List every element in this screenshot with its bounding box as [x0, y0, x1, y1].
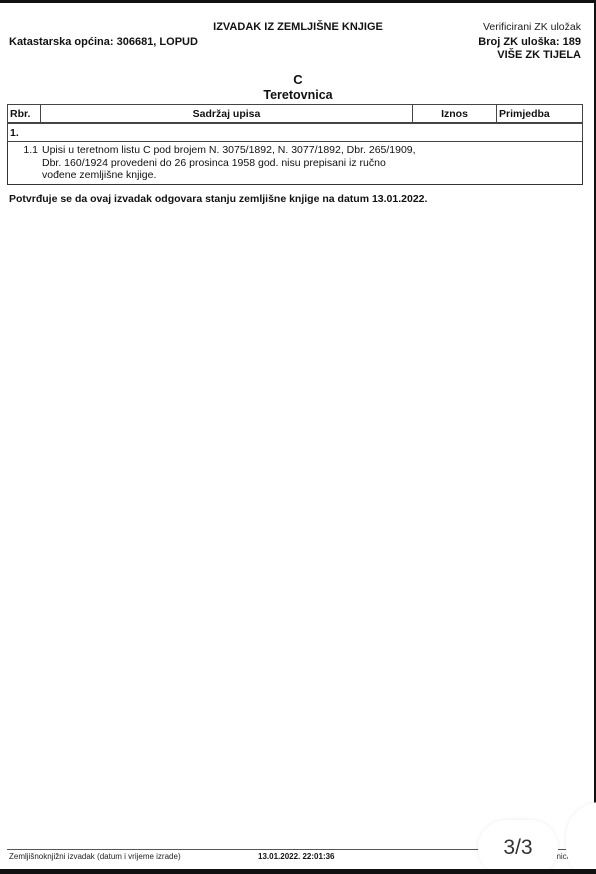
entry-line: Dbr. 160/1924 provedeni do 26 prosinca 1… — [42, 157, 422, 170]
multiple-bodies-label: VIŠE ZK TIJELA — [497, 49, 581, 61]
entry-line: Upisi u teretnom listu C pod brojem N. 3… — [42, 144, 422, 157]
screen-top-edge — [0, 0, 596, 3]
entry-content: Upisi u teretnom listu C pod brojem N. 3… — [42, 144, 422, 182]
page-indicator: 3/3 — [478, 820, 558, 874]
group-number: 1. — [8, 123, 583, 142]
column-header-rbr: Rbr. — [8, 105, 41, 124]
column-header-amount: Iznos — [413, 105, 497, 124]
table-group-row: 1. — [8, 123, 583, 142]
cadastral-municipality: Katastarska općina: 306681, LOPUD — [9, 36, 198, 48]
entry-number: 1.1 — [8, 144, 42, 182]
footer-label: Zemljišnoknjižni izvadak (datum i vrijem… — [9, 852, 181, 861]
screen-bottom-edge — [0, 869, 596, 874]
folio-number: Broj ZK uloška: 189 — [478, 36, 581, 48]
confirmation-statement: Potvrđuje se da ovaj izvadak odgovara st… — [9, 193, 427, 205]
floating-action-button[interactable] — [566, 802, 596, 874]
column-header-remark: Primjedba — [497, 105, 583, 124]
column-header-content: Sadržaj upisa — [41, 105, 413, 124]
table-row: 1.1 Upisi u teretnom listu C pod brojem … — [8, 142, 583, 185]
encumbrance-table: Rbr. Sadržaj upisa Iznos Primjedba 1. 1.… — [7, 104, 583, 185]
section-name: Teretovnica — [0, 88, 596, 102]
entry-cell: 1.1 Upisi u teretnom listu C pod brojem … — [8, 142, 583, 185]
verified-label: Verificirani ZK uložak — [483, 21, 581, 33]
footer-datetime: 13.01.2022. 22:01:36 — [258, 852, 335, 861]
table-header-row: Rbr. Sadržaj upisa Iznos Primjedba — [8, 105, 583, 124]
entry-line: vođene zemljišne knjige. — [42, 169, 422, 182]
section-letter: C — [0, 72, 596, 87]
